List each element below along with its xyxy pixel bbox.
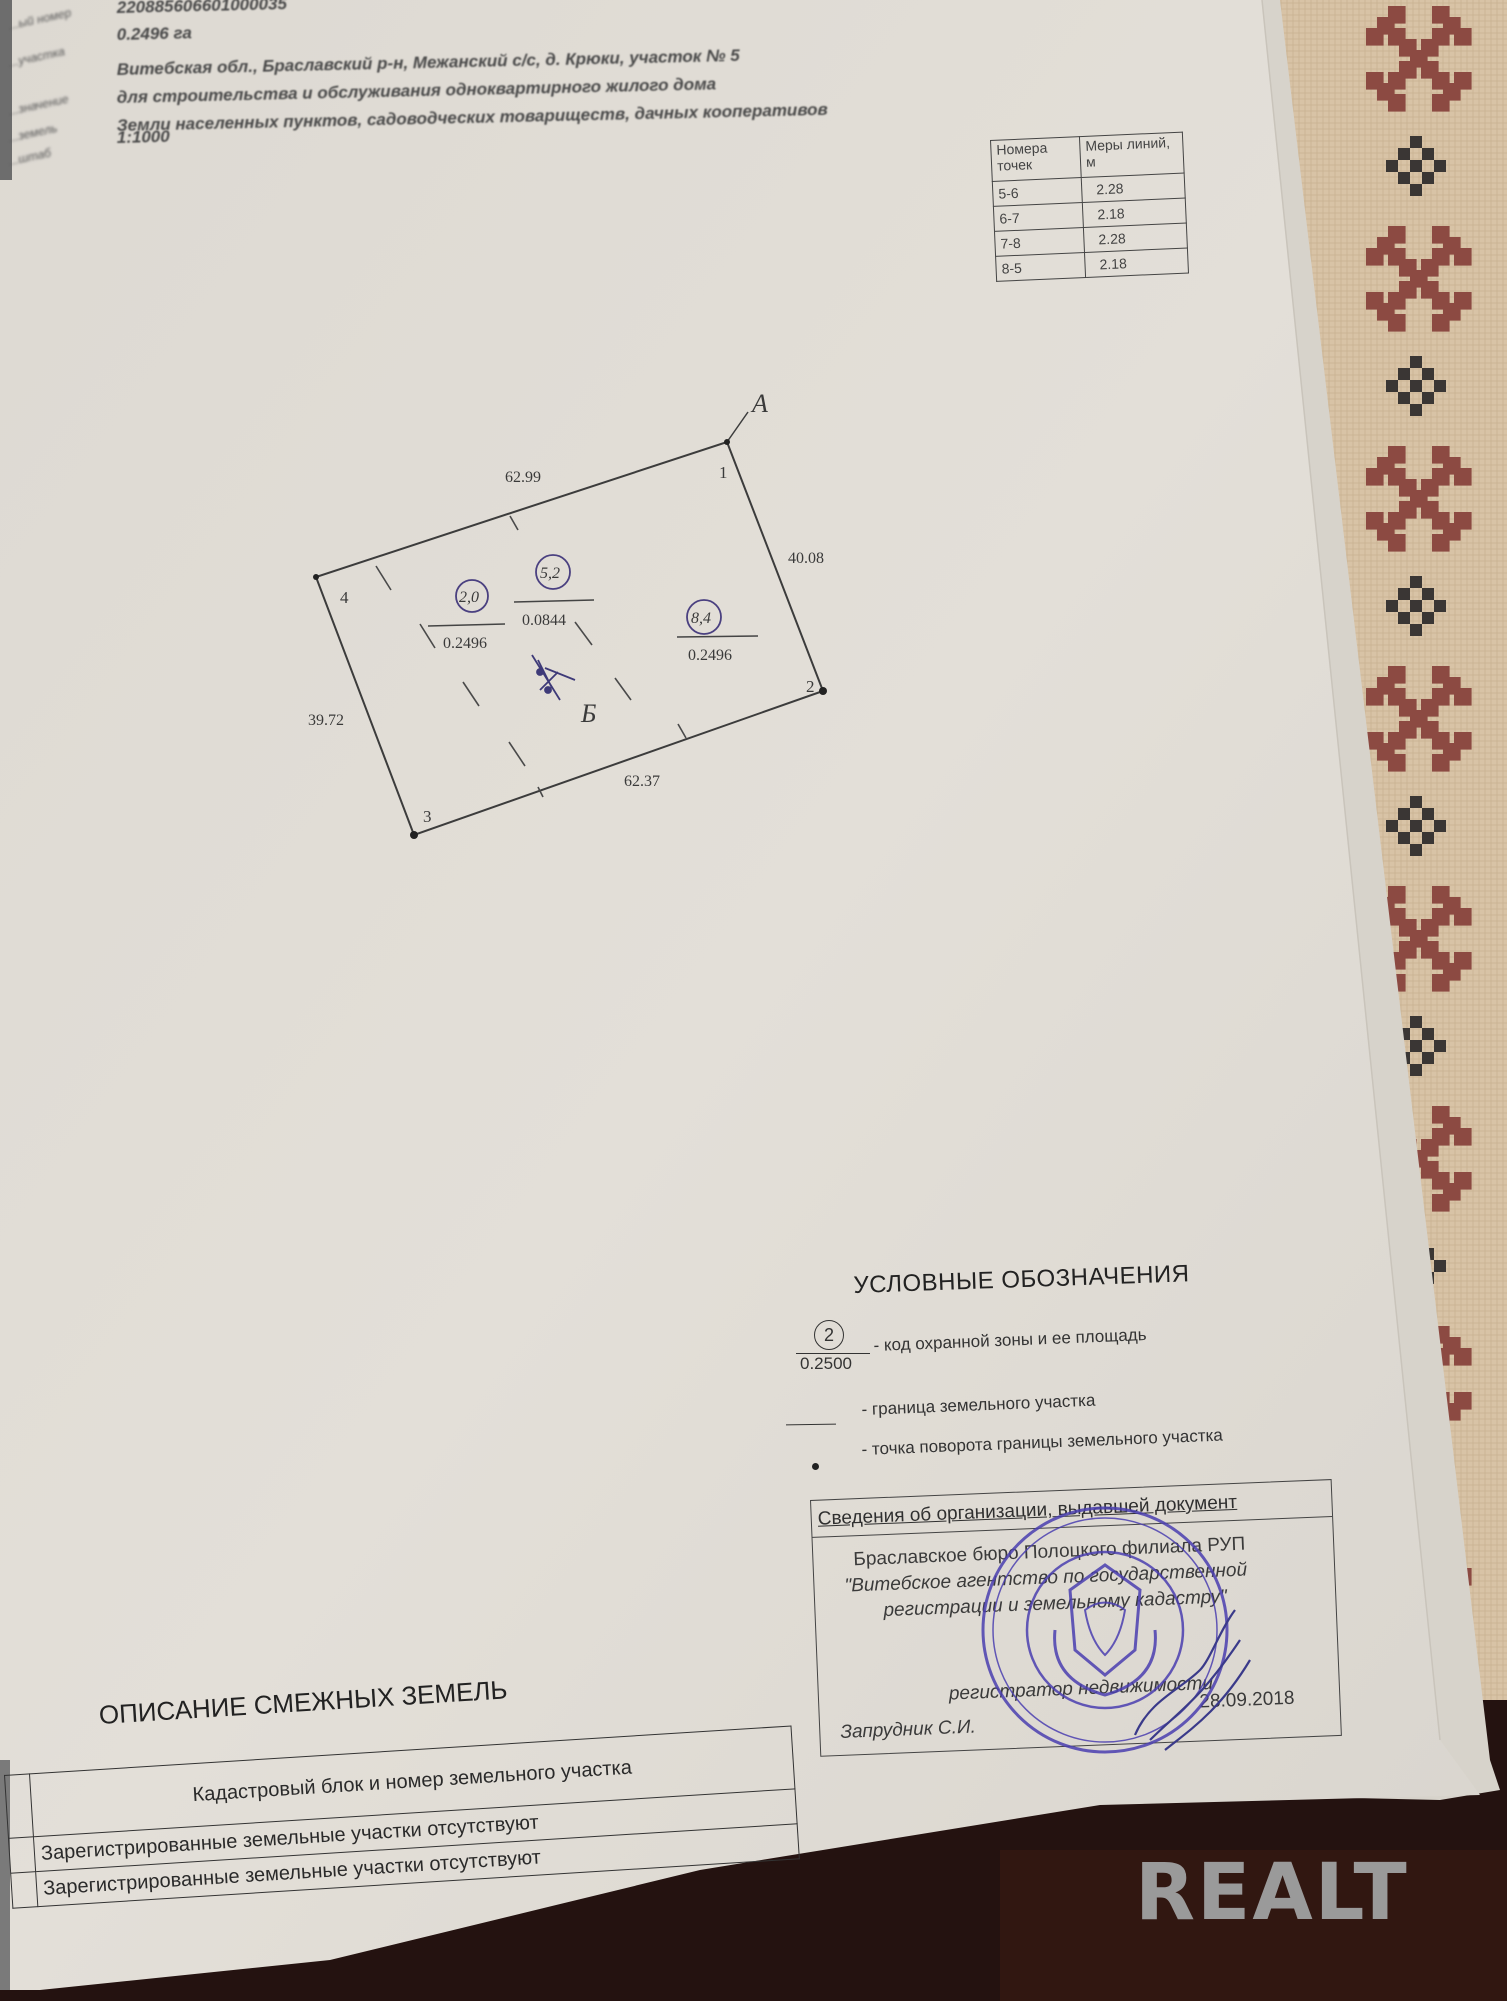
zone-code: 5,2 [540,565,560,582]
zone-area: 0.2496 [688,647,732,664]
corner-point [819,687,827,695]
corner-label: 2 [806,677,815,696]
side-length-left: 39.72 [308,712,344,729]
corner-point [313,574,319,580]
zone-sample-area: 0.2500 [800,1354,866,1374]
corner-point [410,831,418,839]
plot-boundary [316,442,823,835]
corner-label: 1 [719,463,728,482]
official-stamp [950,1480,1270,1780]
corner-label: 4 [340,588,349,607]
side-length-top: 62.99 [505,469,541,486]
zone-code-circle: 2 [814,1320,844,1350]
adjacent-marker-b: Б [580,699,596,728]
corner-point [724,439,730,445]
photo-scene: ...ый номер ...участка ...значение ...зе… [0,0,1507,2001]
realt-watermark-logo: REALT [1135,1848,1409,1938]
adjacent-marker-a: А [750,389,768,418]
turn-point-sample [812,1463,819,1470]
corner-label: 3 [423,807,432,826]
side-length-bottom: 62.37 [624,773,660,790]
zone-code: 8,4 [691,610,711,627]
signature [1135,1610,1250,1750]
zone-code: 2,0 [459,589,479,606]
zone-area: 0.0844 [522,612,566,629]
zone-area: 0.2496 [443,635,487,652]
legend-zone-sample: 2 0.2500 [796,1320,866,1374]
side-length-right: 40.08 [788,550,824,567]
